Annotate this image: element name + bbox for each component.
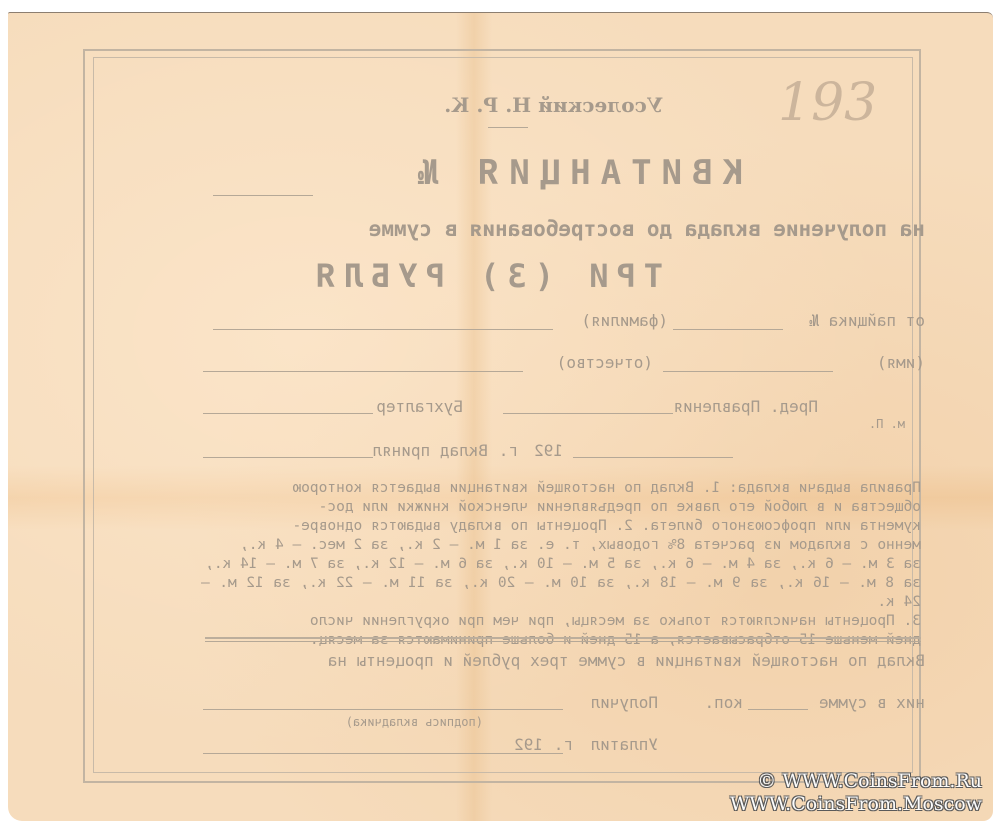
accountant-line bbox=[203, 413, 373, 414]
from-member-label: от пайщика № bbox=[809, 311, 925, 330]
receipt-statement: Вклад по настоящей квитанции в сумме тре… bbox=[328, 651, 925, 670]
member-number-line bbox=[673, 329, 783, 330]
received-label: Получил bbox=[591, 693, 658, 712]
rules-line: за 8 м. — 16 к., за 9 м. — 18 к., за 10 … bbox=[201, 574, 921, 612]
receipt-sum-label: них в сумме bbox=[819, 693, 925, 712]
issuer-rule bbox=[488, 127, 528, 128]
paid-out-line bbox=[203, 753, 563, 754]
receipt-number-line bbox=[213, 195, 313, 196]
patronymic-label: (отчество) bbox=[557, 353, 653, 372]
bottom-date-year: 192 bbox=[514, 735, 543, 754]
handwritten-note: 193 bbox=[778, 73, 877, 133]
section-divider bbox=[205, 637, 921, 639]
name-label: (имя) bbox=[877, 353, 925, 372]
chairman-label: Пред. Правления bbox=[674, 397, 819, 416]
rules-line: за 3 м. — 6 к., за 4 м. — 6 к., за 5 м. … bbox=[201, 555, 921, 574]
bottom-date-g: г. bbox=[554, 735, 573, 754]
place-label: м. П. bbox=[869, 417, 905, 431]
date-line bbox=[573, 457, 733, 458]
rules-line: менно с вкладом из расчета 8% годовых, т… bbox=[201, 536, 921, 555]
rules-line: 3. Проценты начисляются только за месяцы… bbox=[201, 612, 921, 631]
name-line bbox=[663, 371, 833, 372]
rules-line: Правила выдачи вклада: 1. Вклад по насто… bbox=[201, 479, 921, 498]
issuer-name: Усолеский Н. Р. К. bbox=[444, 93, 663, 117]
rules-line: общества и в любой его лавке по предъявл… bbox=[201, 498, 921, 517]
surname-label: (фамилия) bbox=[581, 311, 668, 330]
receipt-title: КВИТАНЦИЯ № bbox=[408, 153, 743, 193]
deposit-accepted-label: Вклад принял bbox=[372, 441, 488, 460]
accountant-label: Бухгалтер bbox=[376, 397, 463, 416]
received-line bbox=[203, 709, 563, 710]
depositor-signature-label: (подпись вкладчика) bbox=[346, 715, 483, 729]
date-g: г. bbox=[499, 441, 518, 460]
surname-line bbox=[213, 329, 553, 330]
rules-paragraph: Правила выдачи вклада: 1. Вклад по насто… bbox=[201, 479, 921, 650]
rules-line: кумента или профсоюзного билета. 2. Проц… bbox=[201, 517, 921, 536]
sum-line bbox=[748, 709, 808, 710]
watermark-line-1: © WWW.CoinsFrom.Ru bbox=[730, 770, 982, 793]
mirrored-bleed-through-text: Усолеский Н. Р. К. КВИТАНЦИЯ № на получе… bbox=[8, 13, 993, 821]
receipt-paper: Усолеский Н. Р. К. КВИТАНЦИЯ № на получе… bbox=[8, 12, 993, 821]
receipt-subtitle: на получение вклада до востребования в с… bbox=[369, 217, 925, 241]
watermark-line-2: WWW.CoinsFrom.Moscow bbox=[730, 793, 982, 816]
deposit-accepted-line bbox=[203, 457, 373, 458]
date-year: 192 bbox=[534, 441, 563, 460]
kop-label: коп. bbox=[704, 693, 743, 712]
amount-words: ТРИ (3) РУБЛЯ bbox=[309, 257, 663, 295]
patronymic-line bbox=[203, 371, 523, 372]
site-watermark: © WWW.CoinsFrom.Ru WWW.CoinsFrom.Moscow bbox=[730, 770, 982, 816]
chairman-line bbox=[503, 413, 673, 414]
section-divider-thin bbox=[205, 641, 921, 642]
paid-out-label: Уплатил bbox=[591, 735, 658, 754]
